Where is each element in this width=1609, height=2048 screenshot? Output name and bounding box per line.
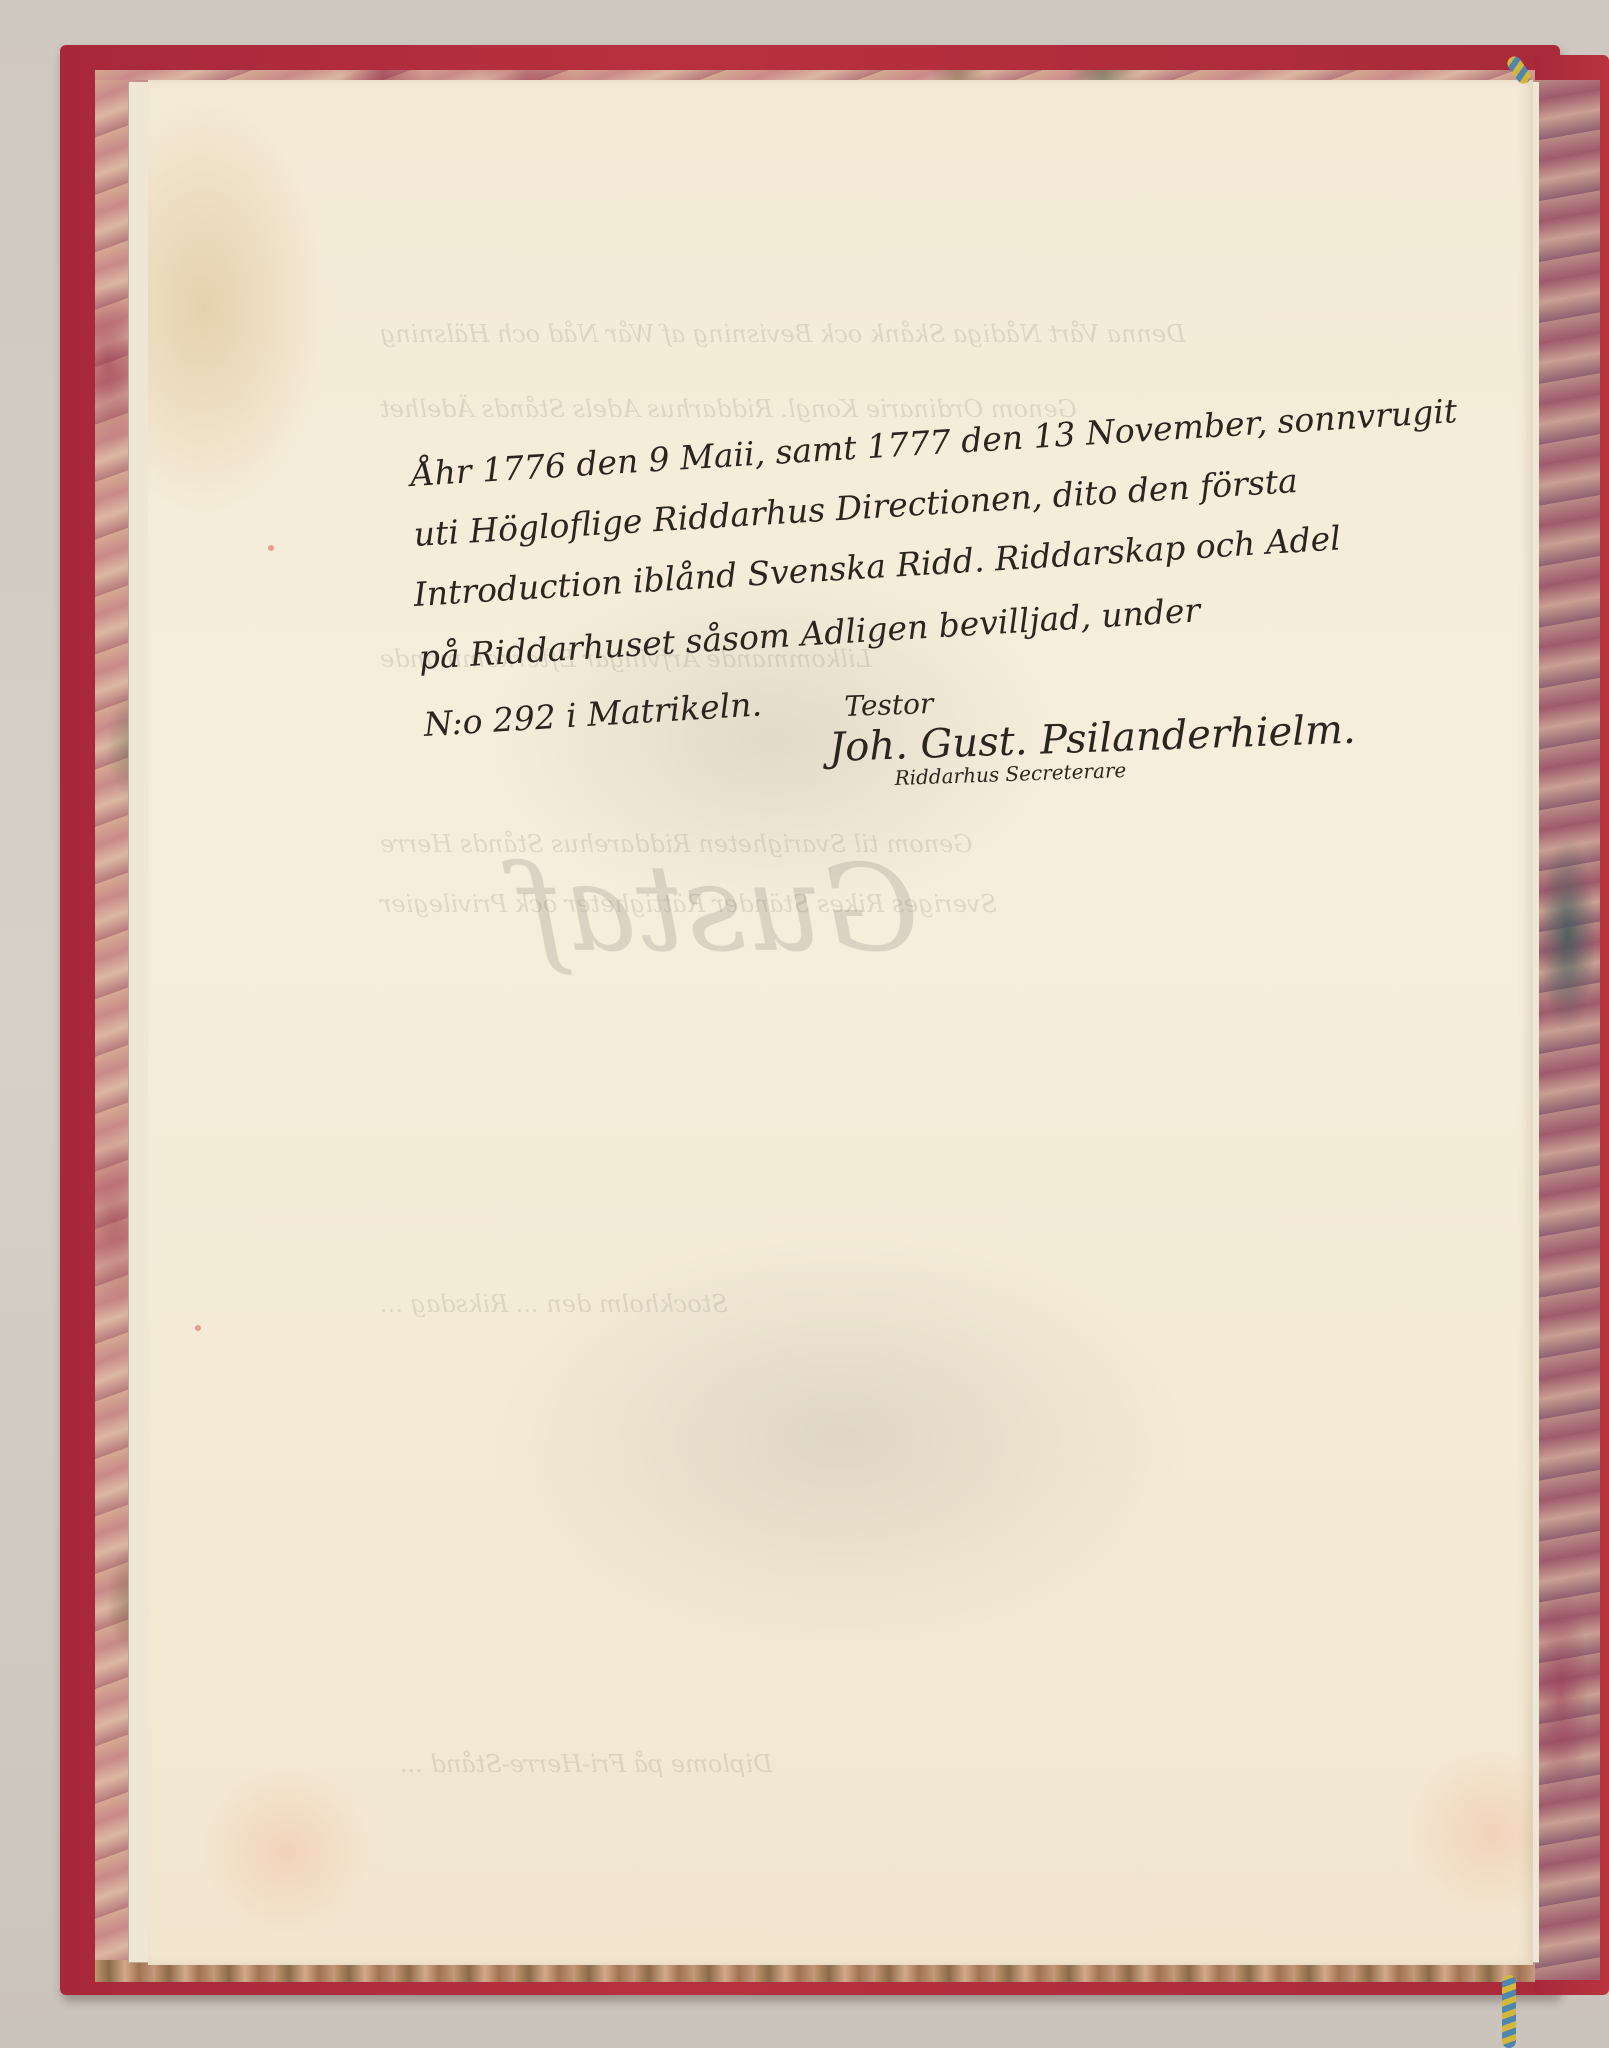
ribbon-tassel-bottom: [1502, 1975, 1516, 2048]
bleed-through-text: Denna Vårt Nådiga Skånk ock Bevisning af…: [380, 320, 1185, 348]
foxing-spot: [195, 1325, 201, 1331]
foxing-spot: [268, 545, 274, 551]
manuscript-page: [148, 80, 1533, 1965]
bleed-through-royal-signature: Gustaf: [520, 840, 919, 979]
bleed-through-text: Stockholm den ... Riksdag ...: [380, 1290, 728, 1318]
bleed-through-text: Diplome på Fri-Herre-Stånd ...: [400, 1750, 772, 1778]
attestation-label: Testor: [844, 687, 934, 723]
bleed-through-text: Genom Ordinarie Kongl. Riddarhus Adels S…: [380, 395, 1077, 423]
marbled-endpaper-right: [1535, 80, 1600, 1980]
